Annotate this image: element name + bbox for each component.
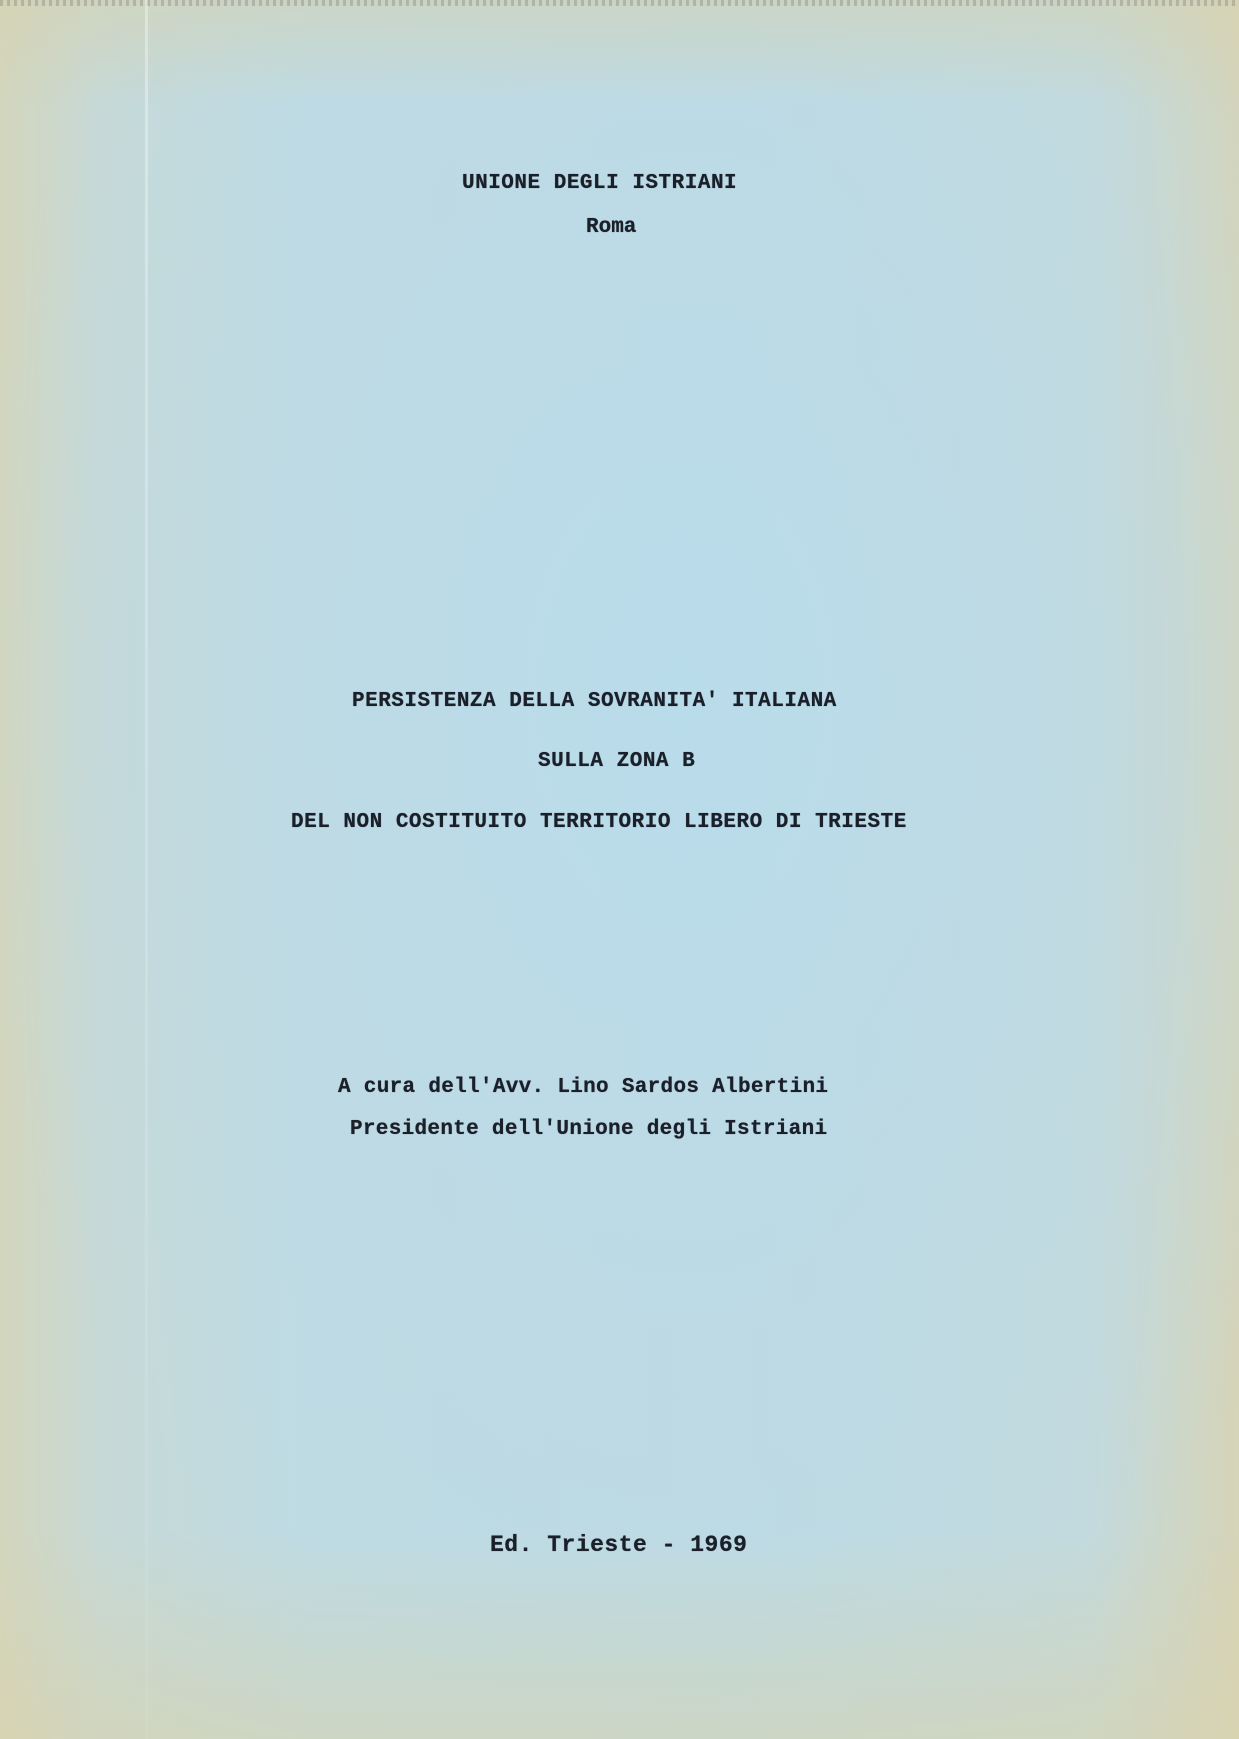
author-line-1: A cura dell'Avv. Lino Sardos Albertini bbox=[338, 1076, 828, 1099]
title-line-3: DEL NON COSTITUITO TERRITORIO LIBERO DI … bbox=[291, 811, 907, 834]
author-line-2: Presidente dell'Unione degli Istriani bbox=[350, 1118, 827, 1141]
document-cover-page: UNIONE DEGLI ISTRIANI Roma PERSISTENZA D… bbox=[0, 0, 1239, 1739]
title-line-2: SULLA ZONA B bbox=[538, 750, 695, 773]
organization-city: Roma bbox=[586, 216, 636, 239]
paper-top-edge bbox=[0, 0, 1239, 6]
paper-fold-crease bbox=[145, 0, 148, 1739]
organization-name: UNIONE DEGLI ISTRIANI bbox=[462, 172, 737, 195]
title-line-1: PERSISTENZA DELLA SOVRANITA' ITALIANA bbox=[352, 690, 837, 713]
edition-info: Ed. Trieste - 1969 bbox=[490, 1532, 747, 1558]
